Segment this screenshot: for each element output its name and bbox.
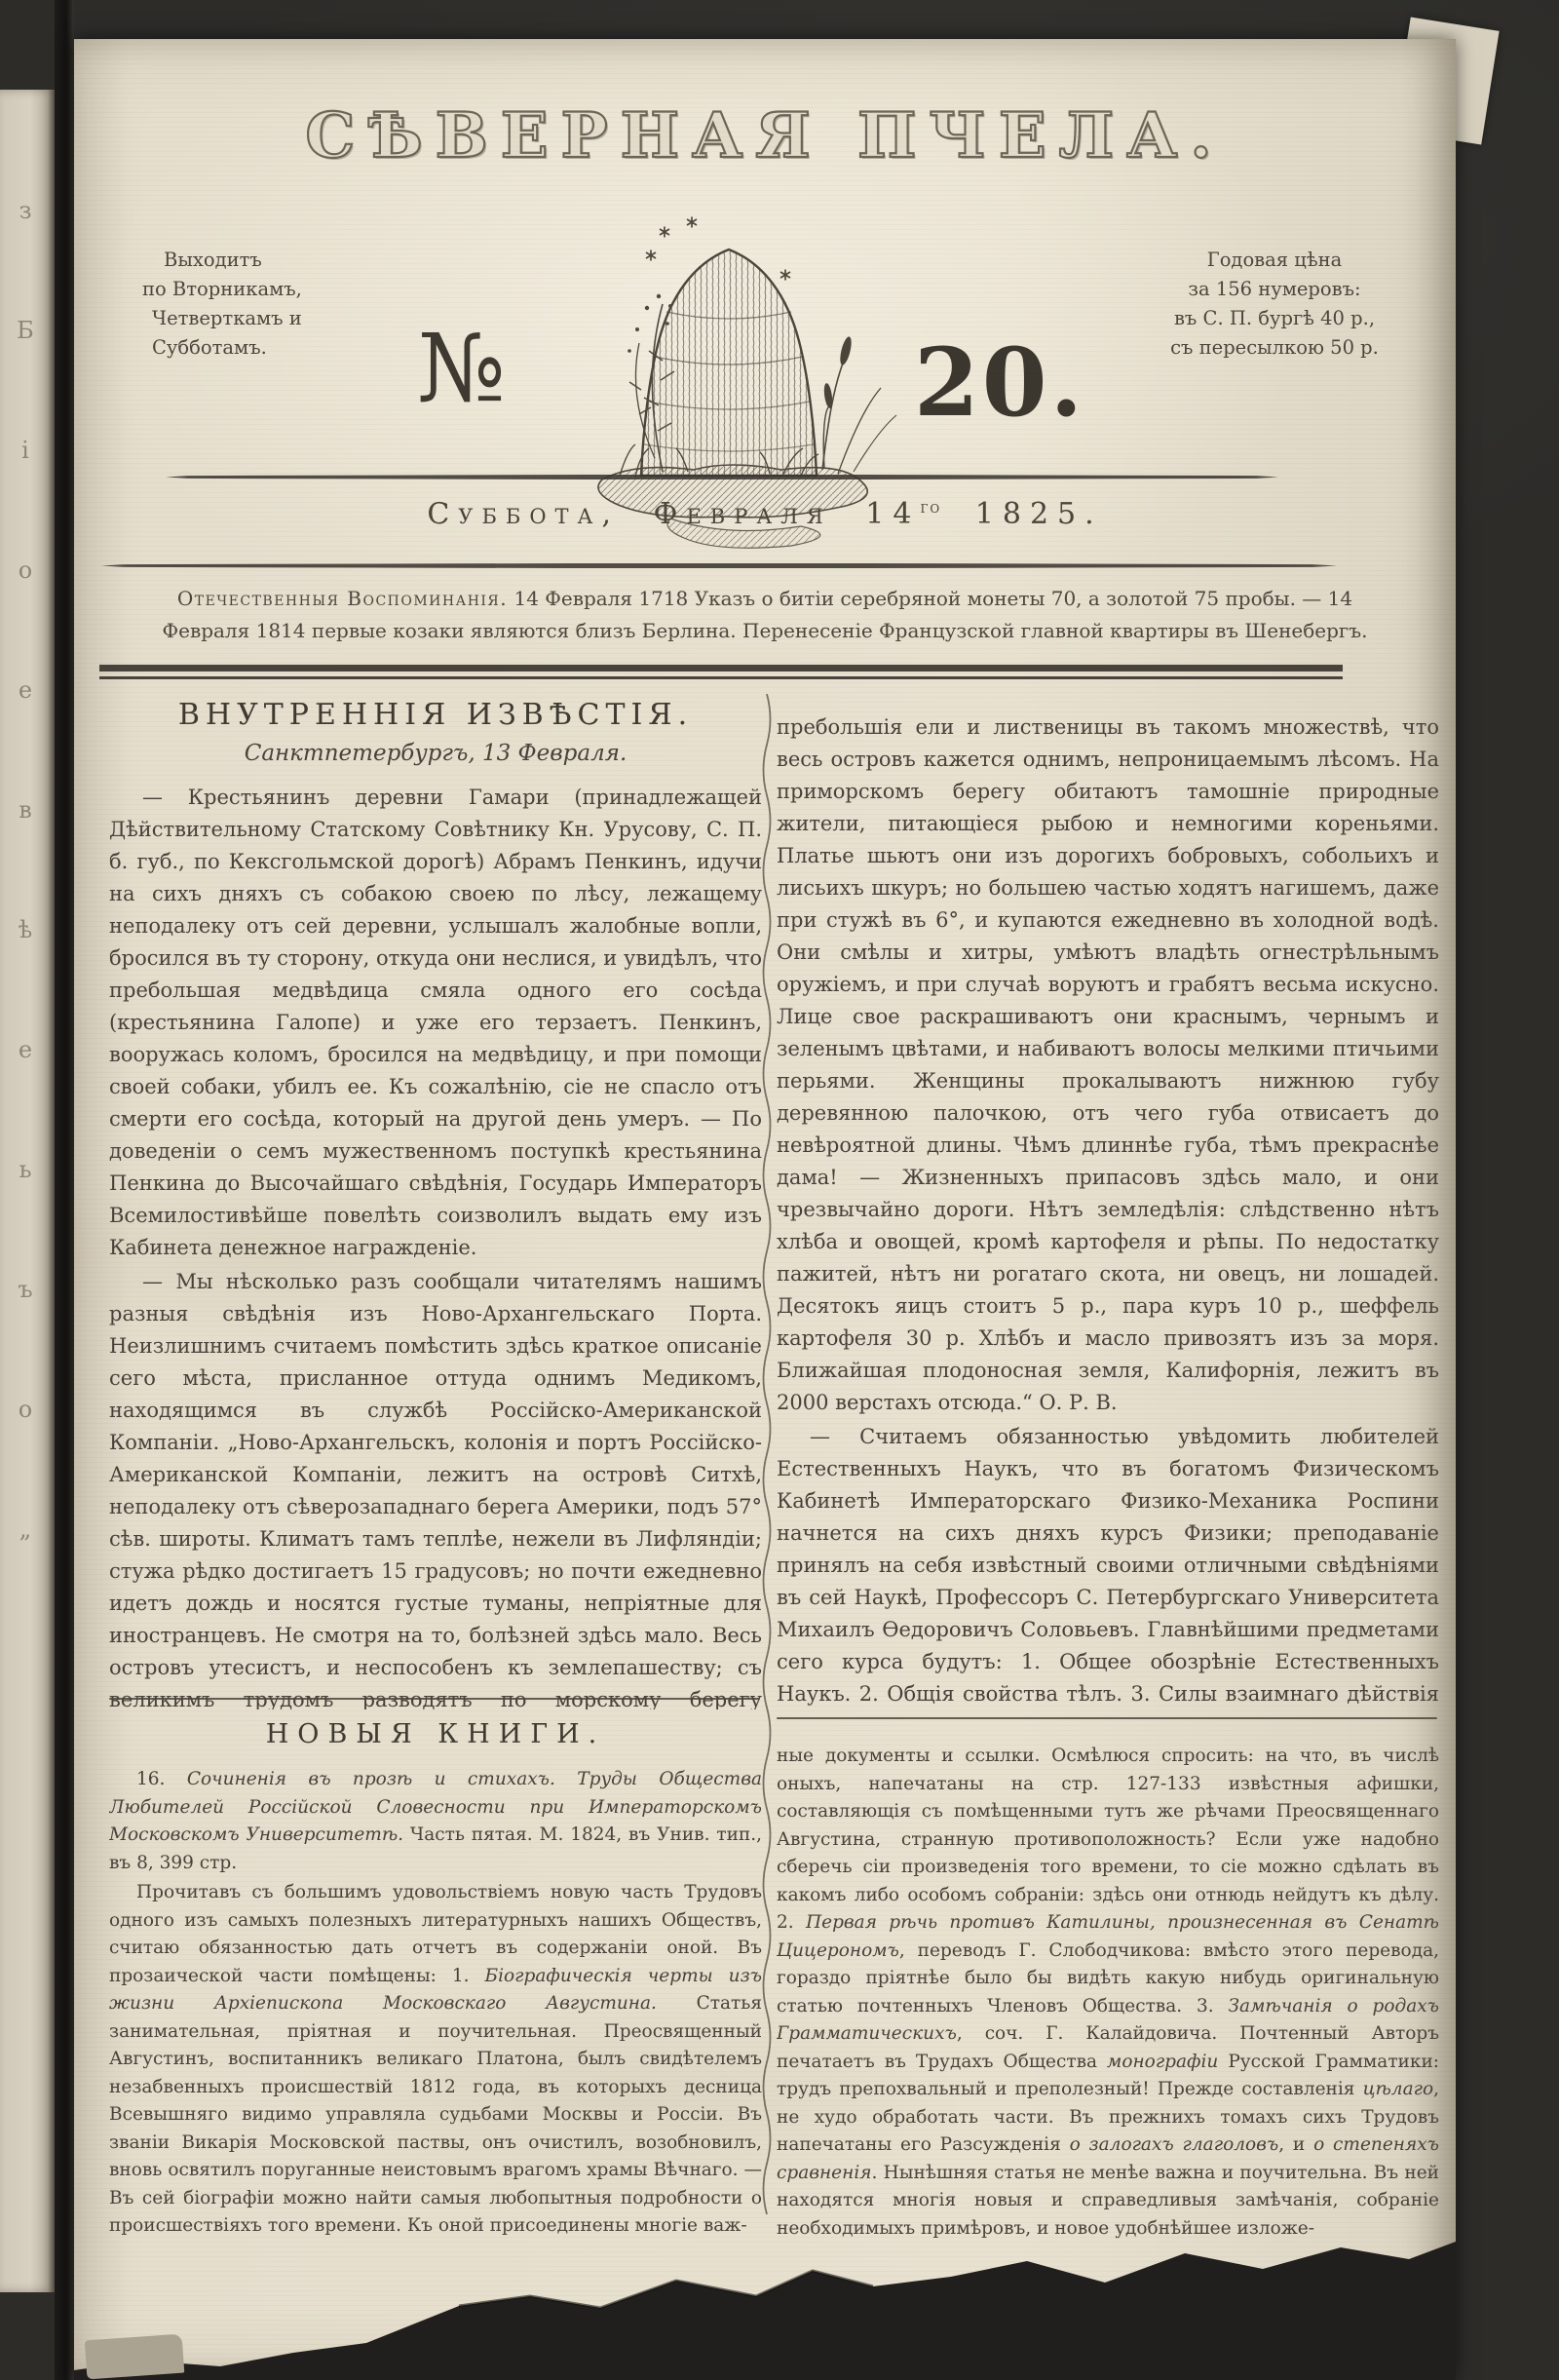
book-review-left: Прочитавъ съ большимъ удовольствіемъ нов… [109, 1879, 762, 2241]
bleed-through-glyphs: зБіоевѣеьъо„ [4, 197, 47, 1543]
books-section-rule-right [777, 1717, 1437, 1719]
books-section-rule-left [109, 1698, 760, 1700]
news-paragraph-sitka-continued: пребольшія ели и лиственицы въ такомъ мн… [777, 711, 1439, 1419]
books-section-heading: НОВЫЯ КНИГИ. [109, 1719, 762, 1749]
news-section-heading: ВНУТРЕННІЯ ИЗВѢСТІЯ. [109, 698, 762, 732]
book-entry: 16. Сочиненія въ прозѣ и стихахъ. Труды … [109, 1766, 762, 1877]
paper-scrap [85, 2334, 185, 2380]
dateline: Суббота, Февраля 14го 1825. [74, 497, 1456, 531]
numero-sign: № [417, 314, 506, 423]
double-rule [99, 665, 1343, 679]
books-right-column: ные документы и ссылки. Осмѣлюся спросит… [777, 1743, 1439, 2240]
adjacent-page-edge: зБіоевѣеьъо„ [0, 90, 55, 2292]
news-paragraph-novoarkhangelsk: — Мы нѣсколько разъ сообщали читателямъ … [109, 1266, 762, 1709]
masthead-title: СѢВЕРНАЯ ПЧЕЛА. [74, 99, 1456, 173]
newspaper-scan: { "masthead": { "title": "СѢВЕРНАЯ ПЧЕЛА… [0, 0, 1559, 2380]
issue-number: 20. [914, 327, 1085, 438]
news-right-column: пребольшія ели и лиственицы въ такомъ мн… [777, 711, 1439, 1708]
news-paragraph-bear: — Крестьянинъ деревни Гамари (принадлежа… [109, 782, 762, 1264]
book-review-right: ные документы и ссылки. Осмѣлюся спросит… [777, 1743, 1439, 2240]
news-left-column: — Крестьянинъ деревни Гамари (принадлежа… [109, 782, 762, 1709]
memorial-lead: Отечественныя Воспоминанія. [177, 587, 508, 610]
newspaper-page: СѢВЕРНАЯ ПЧЕЛА. Выходитъ по Вторникамъ, … [74, 39, 1456, 2380]
books-left-column: 16. Сочиненія въ прозѣ и стихахъ. Труды … [109, 1766, 762, 2253]
news-dateline: Санктпетербургъ, 13 Февраля. [109, 741, 762, 766]
news-paragraph-physics-course: — Считаемъ обязанностью увѣдомить любите… [777, 1421, 1439, 1708]
tapered-rule-under-date [101, 563, 1337, 568]
memorial-line: Отечественныя Воспоминанія. 14 Февраля 1… [136, 583, 1393, 647]
tapered-rule-top [166, 475, 1278, 480]
gutter-shadow [55, 0, 74, 2380]
ordinal-suffix: го [920, 498, 941, 517]
publication-schedule: Выходитъ по Вторникамъ, Четверткамъ и Су… [142, 246, 376, 363]
torn-bottom-edge [74, 2212, 1456, 2380]
subscription-price: Годовая цѣна за 156 нумеровъ: въ С. П. б… [1138, 246, 1411, 363]
